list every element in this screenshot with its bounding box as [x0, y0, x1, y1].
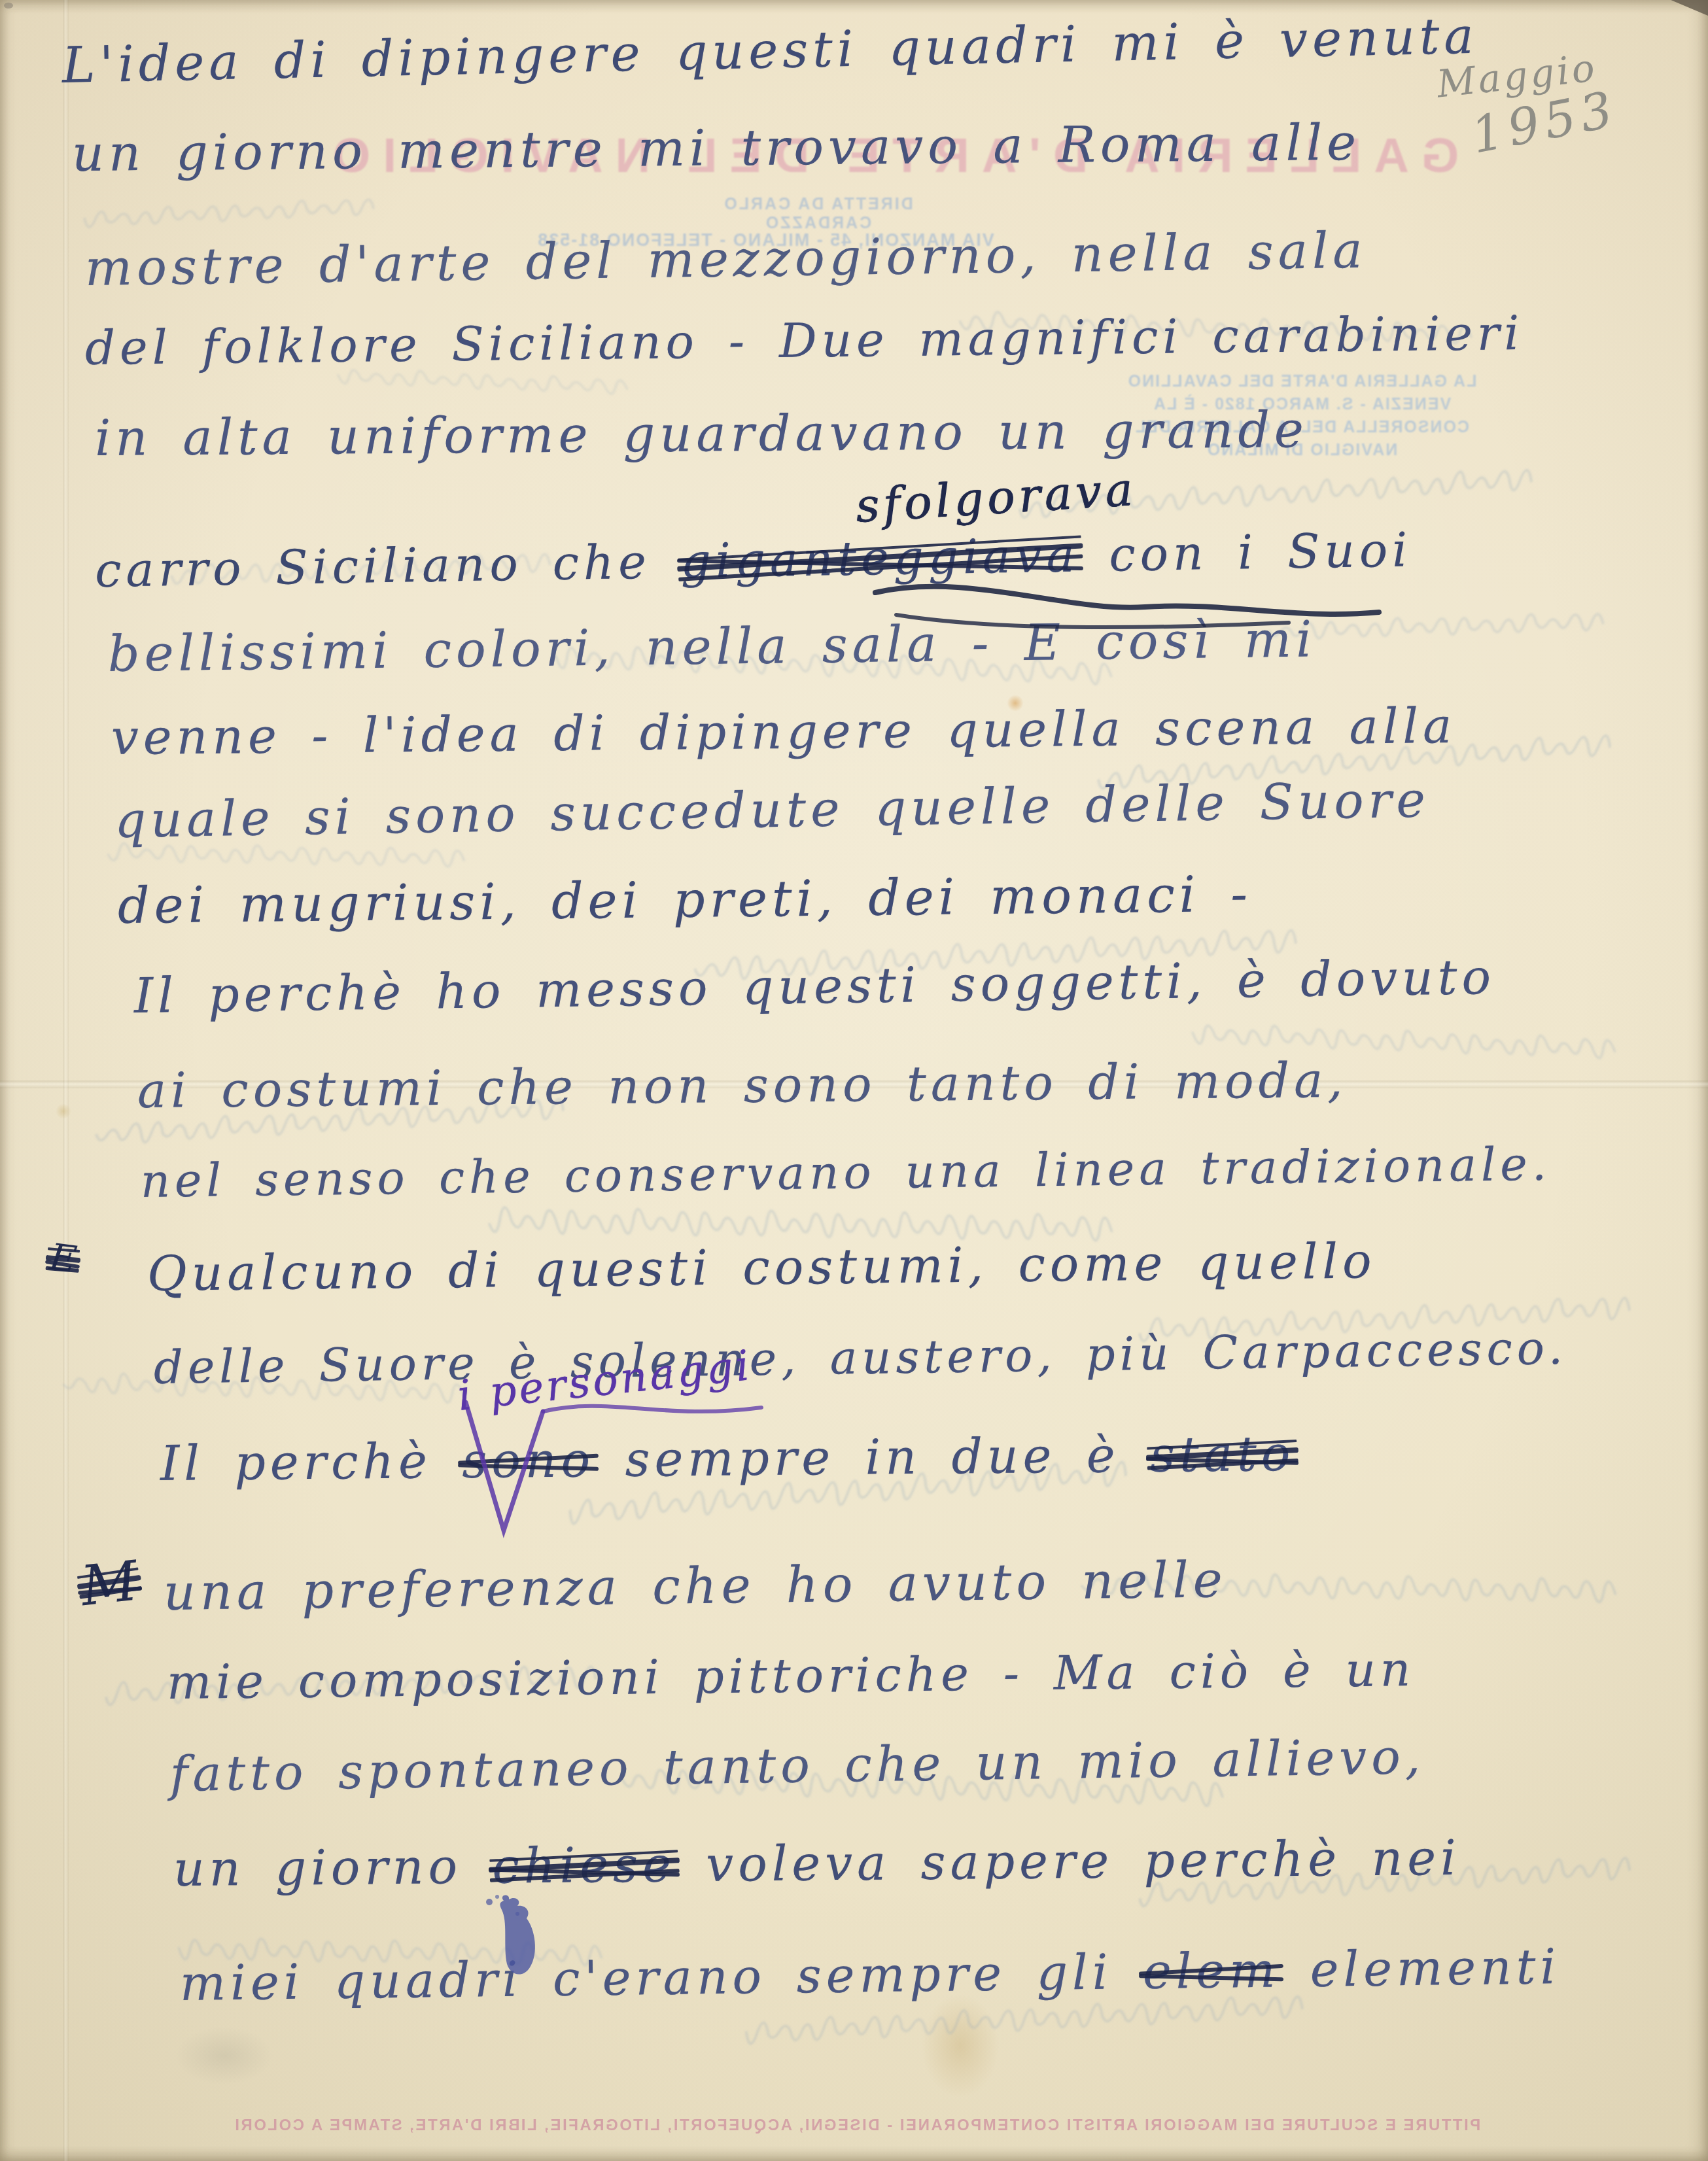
manuscript-line-21: miei quadri c'erano sempre gli elem elem… — [179, 1939, 1560, 2012]
handwriting-text: quale si sono succedute quelle delle Suo… — [114, 770, 1430, 849]
handwriting-text: un giorno mentre mi trovavo a Roma alle — [72, 113, 1361, 182]
struck-text: M — [78, 1549, 141, 1618]
handwriting-text: fatto spontaneo tanto che un mio allievo… — [169, 1729, 1425, 1803]
manuscript-line-1: L'idea di dipingere questi quadri mi è v… — [61, 7, 1478, 94]
handwriting-text: elementi — [1280, 1939, 1561, 1998]
handwriting-text: nel senso che conservano una linea tradi… — [140, 1137, 1551, 1208]
manuscript-line-14: Qualcuno di questi costumi, come quello — [147, 1233, 1376, 1302]
handwriting-text: un giorno — [173, 1839, 493, 1897]
manuscript-line-10: dei mugriusi, dei preti, dei monaci - — [118, 865, 1253, 935]
struck-text: elem — [1142, 1942, 1280, 2000]
manuscript-line-19: fatto spontaneo tanto che un mio allievo… — [169, 1729, 1425, 1803]
manuscript-line-12: ai costumi che non sono tanto di moda, — [137, 1052, 1348, 1119]
margin-scribble-mark: E — [47, 1236, 79, 1281]
handwriting-text: Il perchè — [160, 1433, 462, 1492]
insertion-caret-icon — [427, 1392, 767, 1549]
handwriting-text: carro Siciliano che — [94, 534, 681, 598]
correction-swoosh-stroke — [870, 555, 1387, 640]
manuscript-line-2: un giorno mentre mi trovavo a Roma alle — [72, 113, 1361, 182]
scanned-letter-page: GALLERIA D'ARTE DEL NAVIGLIO DIRETTA DA … — [0, 0, 1708, 2161]
handwriting-text: mostre d'arte del mezzogiorno, nella sal… — [84, 221, 1367, 297]
manuscript-line-13: nel senso che conservano una linea tradi… — [140, 1137, 1551, 1208]
handwriting-text: L'idea di dipingere questi quadri mi è v… — [61, 7, 1478, 94]
handwriting-text: una preferenza che ho avuto nelle — [163, 1550, 1227, 1621]
handwriting-text: voleva sapere perchè nei — [675, 1830, 1461, 1893]
handwriting-text: dei mugriusi, dei preti, dei monaci - — [118, 865, 1253, 935]
manuscript-line-18: mie composizioni pittoriche - Ma ciò è u… — [167, 1642, 1416, 1710]
handwriting-text: mie composizioni pittoriche - Ma ciò è u… — [167, 1642, 1416, 1710]
manuscript-line-4: del folklore Siciliano - Due magnifici c… — [85, 305, 1524, 375]
handwriting-text: miei quadri c'erano sempre gli — [179, 1944, 1143, 2012]
handwriting-text: in alta uniforme guardavano un grande — [95, 400, 1308, 467]
struck-text: stato — [1150, 1426, 1295, 1483]
handwriting-text: del folklore Siciliano - Due magnifici c… — [85, 305, 1524, 375]
margin-scribble-mark: M — [78, 1549, 141, 1618]
struck-text: E — [47, 1236, 79, 1281]
manuscript-line-15: delle Suore è solenne, austero, più Carp… — [153, 1321, 1567, 1394]
handwriting-text: delle Suore è solenne, austero, più Carp… — [153, 1321, 1567, 1394]
manuscript-line-5: in alta uniforme guardavano un grande — [95, 400, 1308, 467]
handwriting-text: Il perchè ho messo questi soggetti, è do… — [133, 949, 1495, 1024]
handwriting-text: venne - l'idea di dipingere quella scena… — [111, 698, 1457, 766]
manuscript-line-11: Il perchè ho messo questi soggetti, è do… — [133, 949, 1495, 1024]
manuscript: L'idea di dipingere questi quadri mi è v… — [0, 0, 1708, 2161]
handwriting-text: ai costumi che non sono tanto di moda, — [137, 1052, 1348, 1119]
manuscript-line-17: una preferenza che ho avuto nelle — [163, 1550, 1227, 1621]
struck-text: chiese — [492, 1837, 676, 1894]
manuscript-line-8: venne - l'idea di dipingere quella scena… — [111, 698, 1457, 766]
manuscript-line-9: quale si sono succedute quelle delle Suo… — [114, 770, 1430, 849]
ink-blot — [481, 1894, 560, 1986]
manuscript-line-20: un giorno chiese voleva sapere perchè ne… — [173, 1830, 1461, 1897]
handwriting-text: Qualcuno di questi costumi, come quello — [147, 1233, 1376, 1302]
manuscript-line-3: mostre d'arte del mezzogiorno, nella sal… — [84, 221, 1367, 297]
